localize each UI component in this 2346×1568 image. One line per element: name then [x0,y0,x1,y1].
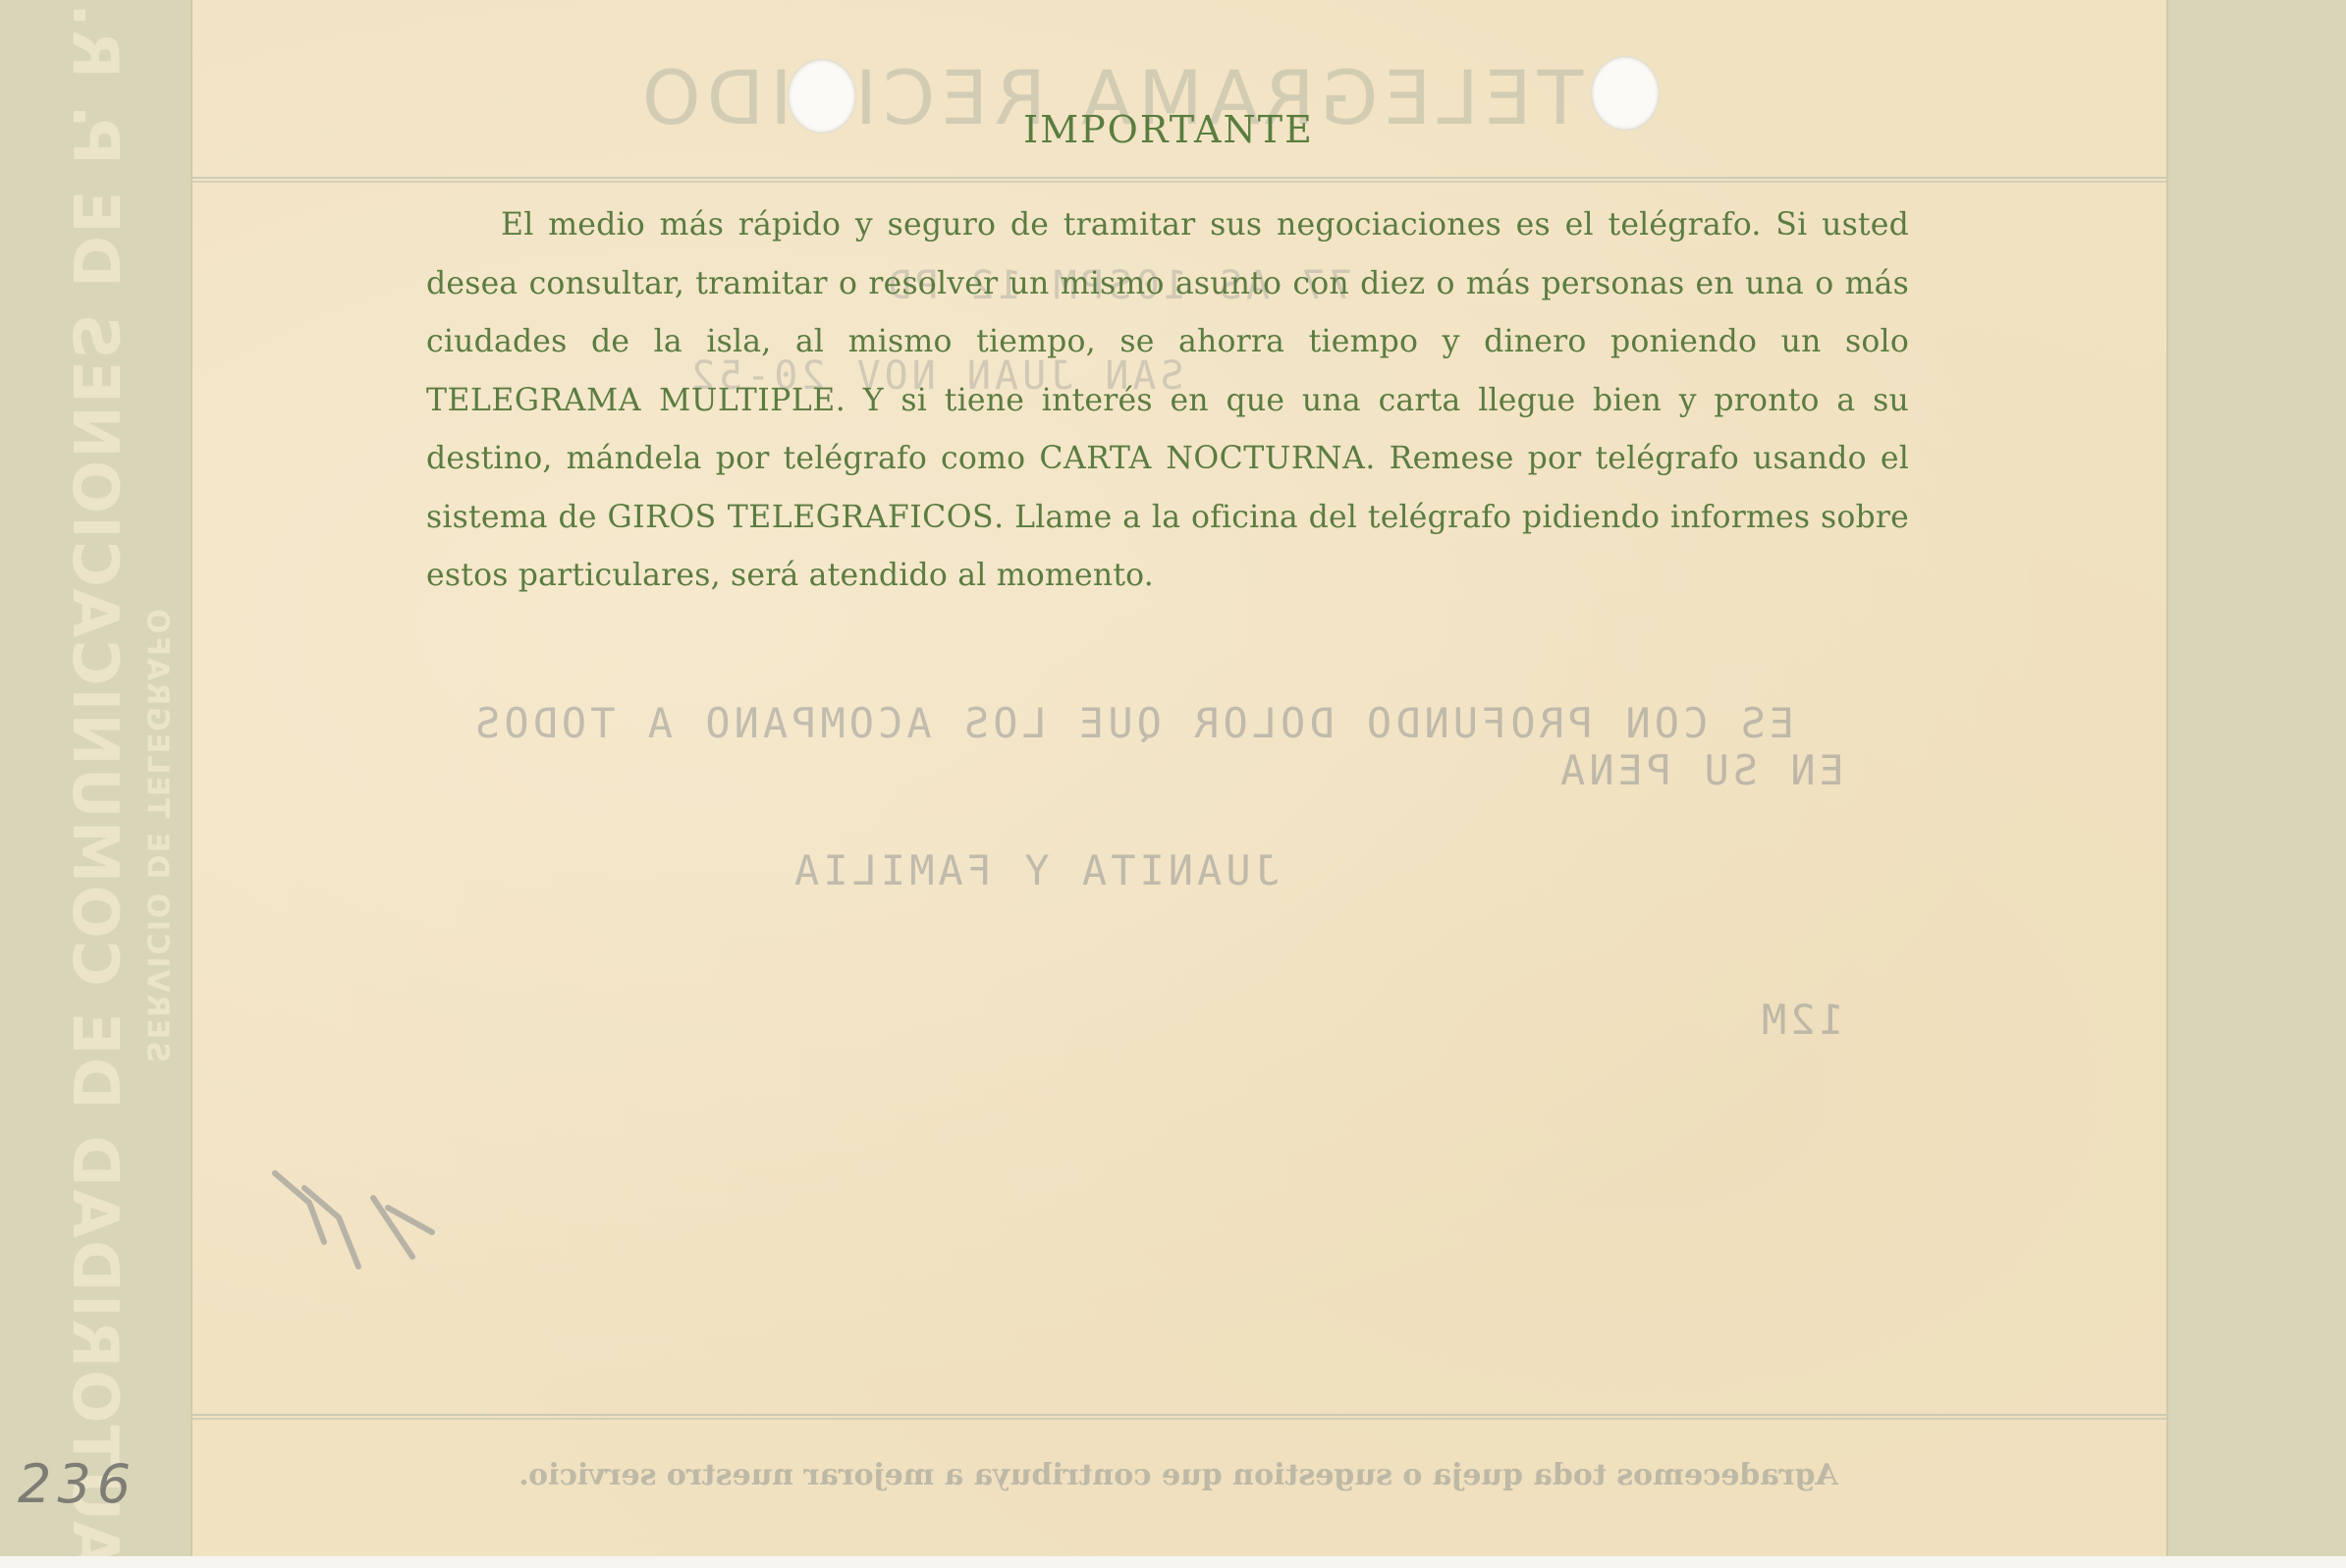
notice-paragraph: El medio más rápido y seguro de tramitar… [426,196,1909,606]
paragraph-emphasis-giros-telegraficos: GIROS TELEGRAFICOS [608,500,995,535]
left-band-bleed-subtext: SERVICIO DE TELEGRAFO [140,607,175,1062]
pencil-scribble-icon [265,1159,442,1276]
bleed-through-footer: Agradecemos toda queja o sugestion que c… [518,1458,1838,1492]
left-band-bleed-text: AUTORIDAD DE COMUNICACIONES DE P. R. [58,1,131,1568]
telegram-back-page: AUTORIDAD DE COMUNICACIONES DE P. R. SER… [0,0,2346,1556]
handwritten-page-number: 236 [18,1453,136,1515]
bleed-through-code: 12M [1758,996,1844,1044]
paragraph-segment: El medio más rápido y seguro de tramitar… [426,207,1909,359]
document-title: IMPORTANTE [1023,108,1314,151]
right-side-band: P. R. COMMUNICATIONS AUTHORITY TELEGRAPH… [2166,0,2346,1556]
paragraph-emphasis-carta-nocturna: CARTA NOCTURNA [1039,441,1365,476]
left-side-band: AUTORIDAD DE COMUNICACIONES DE P. R. SER… [0,0,192,1556]
bleed-through-message-line-1: ES CON PROFUNDO DOLOR QUE LOS ACOMPANO A… [471,699,1794,747]
bleed-through-signature: JUANITA Y FAMILIA [791,846,1280,894]
paragraph-emphasis-telegrama-multiple: TELEGRAMA MULTIPLE [426,383,836,418]
bottom-divider [192,1414,2166,1420]
punch-hole-left [788,59,856,134]
scan-margin [0,1556,2346,1568]
bleed-through-message-line-2: EN SU PENA [1556,746,1844,794]
punch-hole-right [1591,56,1660,131]
top-divider [192,177,2166,183]
